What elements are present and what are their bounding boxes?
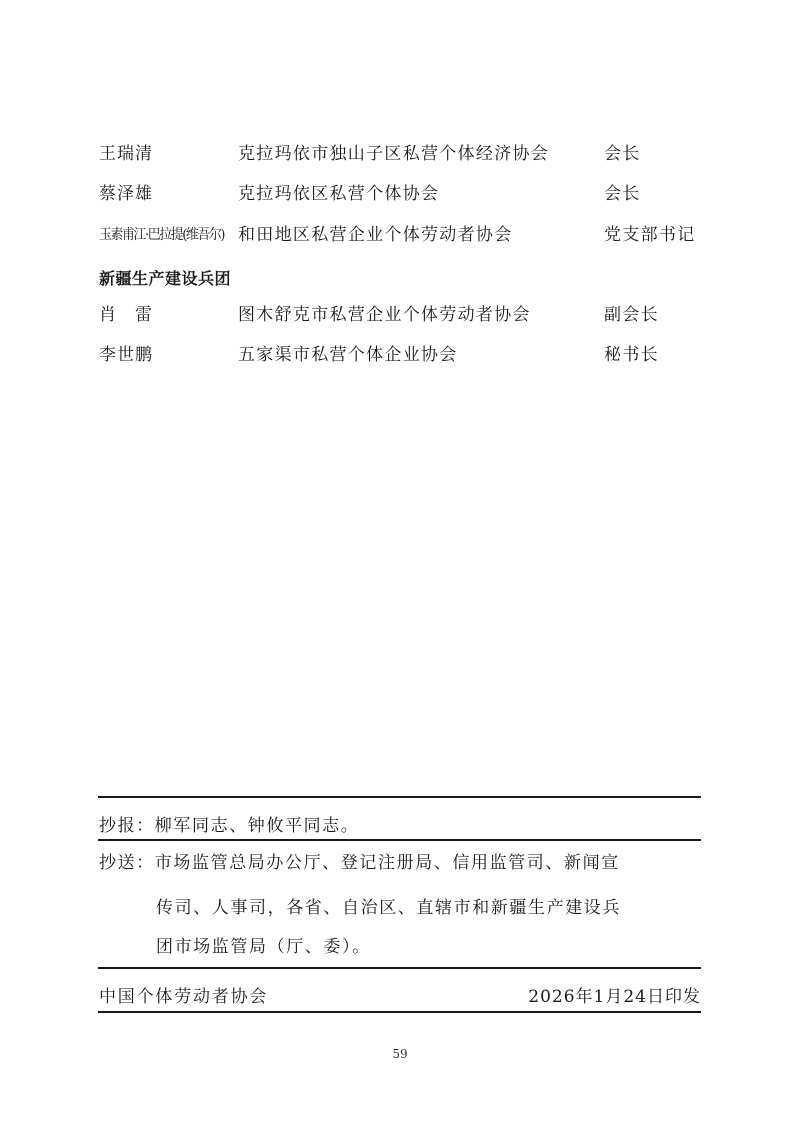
member-name: 李世鹏 [99,342,153,368]
copy-to-line: 抄送：市场监管总局办公厅、登记注册局、信用监管司、新闻宣 [99,850,620,876]
member-organization: 五家渠市私营个体企业协会 [238,342,458,368]
member-row: 玉素甫江·巴拉提(维吾尔) 和田地区私营企业个体劳动者协会 党支部书记 [99,222,701,248]
member-name: 玉素甫江·巴拉提(维吾尔) [99,222,224,248]
member-organization: 图木舒克市私营企业个体劳动者协会 [238,302,531,328]
divider-rule [98,796,701,798]
member-row: 李世鹏 五家渠市私营个体企业协会 秘书长 [99,342,701,368]
member-organization: 克拉玛依市独山子区私营个体经济协会 [238,141,549,167]
issuer-name: 中国个体劳动者协会 [99,984,268,1010]
member-title: 秘书长 [604,342,659,368]
divider-rule [98,967,701,969]
page-number: 59 [0,1047,800,1061]
member-row: 蔡泽雄 克拉玛依区私营个体协会 会长 [99,181,701,207]
member-name: 蔡泽雄 [99,181,153,207]
copy-to-line: 传司、人事司，各省、自治区、直辖市和新疆生产建设兵 [156,895,621,921]
report-to-line: 抄报：柳军同志、钟攸平同志。 [99,813,359,839]
member-row: 王瑞清 克拉玛依市独山子区私营个体经济协会 会长 [99,141,701,167]
issue-date: 2026年1月24日印发 [528,984,701,1010]
member-organization: 和田地区私营企业个体劳动者协会 [238,222,513,248]
member-title: 副会长 [604,302,659,328]
member-name: 王瑞清 [99,141,153,167]
member-row: 肖 雷 图木舒克市私营企业个体劳动者协会 副会长 [99,302,701,328]
divider-rule [98,1011,701,1013]
member-organization: 克拉玛依区私营个体协会 [238,181,439,207]
divider-rule [98,839,701,841]
copy-to-line: 团市场监管局（厅、委）。 [156,934,371,960]
section-heading: 新疆生产建设兵团 [99,266,231,292]
member-title: 会长 [604,141,641,167]
member-title: 会长 [604,181,641,207]
member-name: 肖 雷 [99,302,153,328]
member-title: 党支部书记 [604,222,696,248]
